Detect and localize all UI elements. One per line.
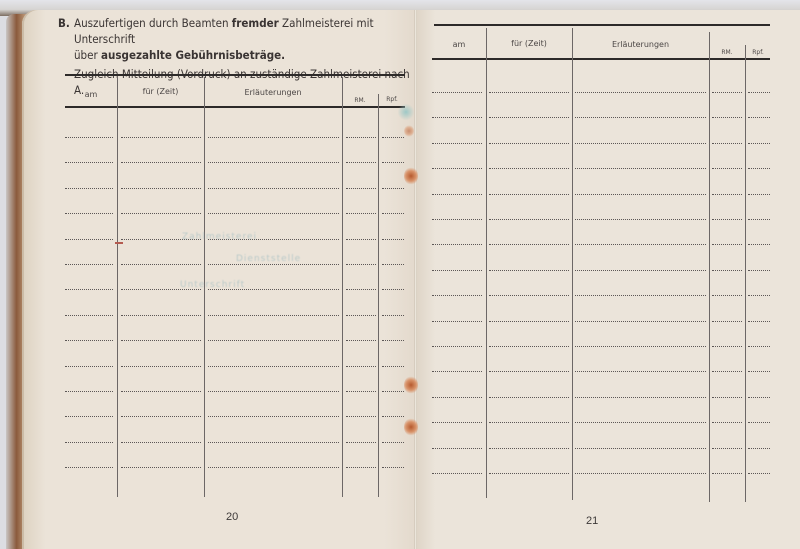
ledger-row-line bbox=[575, 143, 706, 144]
ledger-row-line bbox=[432, 143, 482, 144]
ledger-row-line bbox=[748, 244, 770, 245]
page-number-left: 20 bbox=[226, 511, 238, 523]
ledger-row-line bbox=[748, 219, 770, 220]
ledger-row-line bbox=[432, 473, 482, 474]
ledger-row-line bbox=[346, 239, 376, 240]
ledger-row-line bbox=[489, 473, 569, 474]
ledger-row-line bbox=[346, 366, 376, 367]
ledger-row-line bbox=[575, 371, 706, 372]
ledger-row-line bbox=[712, 219, 742, 220]
table-top-rule bbox=[434, 24, 770, 26]
ledger-row-line bbox=[208, 137, 339, 138]
ledger-row-line bbox=[65, 340, 113, 341]
ledger-row-line bbox=[432, 321, 482, 322]
page-right bbox=[416, 10, 800, 549]
ledger-row-line bbox=[575, 244, 706, 245]
ledger-row-line bbox=[432, 448, 482, 449]
ledger-row-line bbox=[121, 416, 201, 417]
ledger-row-line bbox=[65, 162, 113, 163]
ledger-row-line bbox=[489, 194, 569, 195]
ledger-row-line bbox=[382, 213, 404, 214]
faded-stamp-line: Dienststelle bbox=[236, 254, 301, 264]
column-header-erlaeuterungen: Erläuterungen bbox=[204, 88, 342, 97]
ledger-row-line bbox=[121, 340, 201, 341]
ledger-row-line bbox=[712, 143, 742, 144]
ledger-row-line bbox=[121, 213, 201, 214]
stain-mark bbox=[398, 103, 414, 121]
red-ink-mark bbox=[115, 242, 123, 244]
ledger-row-line bbox=[121, 366, 201, 367]
ledger-row-line bbox=[432, 422, 482, 423]
ledger-row-line bbox=[121, 391, 201, 392]
ledger-row-line bbox=[208, 416, 339, 417]
ledger-row-line bbox=[382, 264, 404, 265]
rust-staple bbox=[404, 418, 418, 436]
ledger-row-line bbox=[432, 92, 482, 93]
ledger-row-line bbox=[432, 371, 482, 372]
ledger-row-line bbox=[748, 397, 770, 398]
ledger-row-line bbox=[489, 397, 569, 398]
ledger-row-line bbox=[712, 473, 742, 474]
ledger-row-line bbox=[121, 188, 201, 189]
column-divider bbox=[709, 32, 710, 502]
ledger-row-line bbox=[489, 92, 569, 93]
ledger-row-line bbox=[748, 117, 770, 118]
ledger-row-line bbox=[712, 244, 742, 245]
ledger-row-line bbox=[748, 168, 770, 169]
ledger-row-line bbox=[489, 295, 569, 296]
column-header-rpf: Rpf. bbox=[378, 96, 406, 103]
ledger-row-line bbox=[712, 92, 742, 93]
ledger-row-line bbox=[121, 264, 201, 265]
ledger-row-line bbox=[489, 346, 569, 347]
ledger-row-line bbox=[575, 346, 706, 347]
ledger-row-line bbox=[712, 321, 742, 322]
ledger-row-line bbox=[346, 416, 376, 417]
ledger-row-line bbox=[575, 219, 706, 220]
rust-staple bbox=[404, 376, 418, 394]
ledger-row-line bbox=[575, 168, 706, 169]
ledger-row-line bbox=[121, 442, 201, 443]
ledger-row-line bbox=[65, 442, 113, 443]
column-header-rm: RM. bbox=[342, 97, 378, 104]
ledger-row-line bbox=[382, 188, 404, 189]
rust-staple bbox=[404, 125, 414, 137]
column-divider bbox=[342, 77, 343, 497]
ledger-row-line bbox=[432, 194, 482, 195]
heading-line-2: über ausgezahlte Gebührnisbeträge. bbox=[74, 47, 414, 63]
ledger-row-line bbox=[382, 442, 404, 443]
ledger-row-line bbox=[208, 264, 339, 265]
ledger-row-line bbox=[712, 371, 742, 372]
ledger-row-line bbox=[432, 244, 482, 245]
ledger-row-line bbox=[65, 467, 113, 468]
ledger-row-line bbox=[575, 321, 706, 322]
ledger-row-line bbox=[432, 295, 482, 296]
faded-stamp-line: Unterschrift bbox=[180, 280, 245, 290]
column-divider bbox=[117, 77, 118, 497]
ledger-row-line bbox=[748, 194, 770, 195]
ledger-row-line bbox=[65, 188, 113, 189]
ledger-row-line bbox=[432, 117, 482, 118]
ledger-row-line bbox=[575, 92, 706, 93]
ledger-row-line bbox=[208, 467, 339, 468]
rust-staple bbox=[404, 167, 418, 185]
ledger-row-line bbox=[489, 448, 569, 449]
heading-line-1: Auszufertigen durch Beamten fremder Zahl… bbox=[74, 15, 414, 47]
ledger-row-line bbox=[748, 448, 770, 449]
column-divider bbox=[486, 28, 487, 498]
ledger-row-line bbox=[382, 467, 404, 468]
ledger-row-line bbox=[748, 422, 770, 423]
ledger-row-line bbox=[748, 321, 770, 322]
ledger-row-line bbox=[712, 270, 742, 271]
ledger-row-line bbox=[65, 391, 113, 392]
ledger-row-line bbox=[712, 168, 742, 169]
ledger-row-line bbox=[489, 371, 569, 372]
ledger-row-line bbox=[382, 137, 404, 138]
ledger-row-line bbox=[65, 239, 113, 240]
ledger-row-line bbox=[489, 270, 569, 271]
ledger-row-line bbox=[382, 366, 404, 367]
ledger-row-line bbox=[489, 143, 569, 144]
ledger-row-line bbox=[346, 442, 376, 443]
ledger-row-line bbox=[575, 270, 706, 271]
ledger-row-line bbox=[208, 340, 339, 341]
ledger-row-line bbox=[575, 397, 706, 398]
ledger-row-line bbox=[489, 219, 569, 220]
ledger-row-line bbox=[65, 366, 113, 367]
ledger-row-line bbox=[748, 346, 770, 347]
ledger-row-line bbox=[346, 315, 376, 316]
ledger-row-line bbox=[575, 117, 706, 118]
ledger-row-line bbox=[208, 442, 339, 443]
section-label: B. bbox=[58, 15, 70, 31]
header-bottom-rule bbox=[432, 58, 770, 60]
ledger-row-line bbox=[748, 143, 770, 144]
ledger-row-line bbox=[748, 371, 770, 372]
column-header-am: am bbox=[432, 40, 486, 49]
booklet-spine bbox=[414, 10, 417, 549]
column-header-zeit: für (Zeit) bbox=[117, 87, 204, 96]
ledger-row-line bbox=[346, 340, 376, 341]
ledger-row-line bbox=[346, 188, 376, 189]
ledger-row-line bbox=[346, 264, 376, 265]
table-top-rule bbox=[65, 74, 405, 76]
header-bottom-rule bbox=[65, 106, 405, 108]
ledger-row-line bbox=[432, 168, 482, 169]
faded-stamp-line: Zahlmeisterei bbox=[182, 232, 257, 242]
ledger-row-line bbox=[575, 473, 706, 474]
ledger-row-line bbox=[382, 315, 404, 316]
ledger-row-line bbox=[382, 416, 404, 417]
ledger-row-line bbox=[432, 346, 482, 347]
ledger-row-line bbox=[346, 137, 376, 138]
column-divider bbox=[572, 28, 573, 500]
ledger-row-line bbox=[382, 391, 404, 392]
ledger-row-line bbox=[121, 162, 201, 163]
ledger-row-line bbox=[65, 213, 113, 214]
column-header-rpf: Rpf. bbox=[745, 49, 771, 56]
ledger-row-line bbox=[748, 92, 770, 93]
column-header-erlaeuterungen: Erläuterungen bbox=[572, 40, 709, 49]
ledger-row-line bbox=[121, 137, 201, 138]
ledger-row-line bbox=[65, 137, 113, 138]
ledger-row-line bbox=[382, 162, 404, 163]
ledger-row-line bbox=[208, 162, 339, 163]
ledger-row-line bbox=[489, 117, 569, 118]
ledger-row-line bbox=[208, 188, 339, 189]
ledger-row-line bbox=[712, 295, 742, 296]
page-number-right: 21 bbox=[586, 515, 598, 527]
ledger-row-line bbox=[575, 194, 706, 195]
ledger-row-line bbox=[65, 315, 113, 316]
ledger-row-line bbox=[208, 315, 339, 316]
ledger-row-line bbox=[748, 270, 770, 271]
ledger-row-line bbox=[208, 391, 339, 392]
ledger-row-line bbox=[432, 270, 482, 271]
ledger-row-line bbox=[748, 295, 770, 296]
ledger-row-line bbox=[382, 239, 404, 240]
column-header-am: am bbox=[65, 90, 117, 99]
ledger-row-line bbox=[712, 397, 742, 398]
ledger-row-line bbox=[346, 213, 376, 214]
column-header-zeit: für (Zeit) bbox=[486, 39, 572, 48]
column-divider bbox=[378, 94, 379, 497]
ledger-row-line bbox=[346, 289, 376, 290]
ledger-row-line bbox=[575, 448, 706, 449]
ledger-row-line bbox=[712, 448, 742, 449]
ledger-row-line bbox=[575, 422, 706, 423]
ledger-row-line bbox=[65, 416, 113, 417]
column-header-rm: RM. bbox=[709, 49, 745, 56]
ledger-row-line bbox=[121, 315, 201, 316]
ledger-row-line bbox=[712, 346, 742, 347]
ledger-row-line bbox=[432, 219, 482, 220]
ledger-row-line bbox=[489, 321, 569, 322]
ledger-row-line bbox=[121, 467, 201, 468]
ledger-row-line bbox=[382, 289, 404, 290]
ledger-row-line bbox=[346, 467, 376, 468]
ledger-row-line bbox=[712, 194, 742, 195]
ledger-row-line bbox=[712, 117, 742, 118]
ledger-row-line bbox=[489, 168, 569, 169]
ledger-row-line bbox=[382, 340, 404, 341]
column-divider bbox=[745, 45, 746, 502]
ledger-row-line bbox=[575, 295, 706, 296]
ledger-row-line bbox=[65, 264, 113, 265]
ledger-row-line bbox=[65, 289, 113, 290]
ledger-row-line bbox=[346, 391, 376, 392]
ledger-row-line bbox=[489, 244, 569, 245]
ledger-row-line bbox=[432, 397, 482, 398]
ledger-row-line bbox=[748, 473, 770, 474]
ledger-row-line bbox=[208, 213, 339, 214]
ledger-row-line bbox=[346, 162, 376, 163]
ledger-row-line bbox=[489, 422, 569, 423]
ledger-row-line bbox=[208, 366, 339, 367]
ledger-row-line bbox=[712, 422, 742, 423]
